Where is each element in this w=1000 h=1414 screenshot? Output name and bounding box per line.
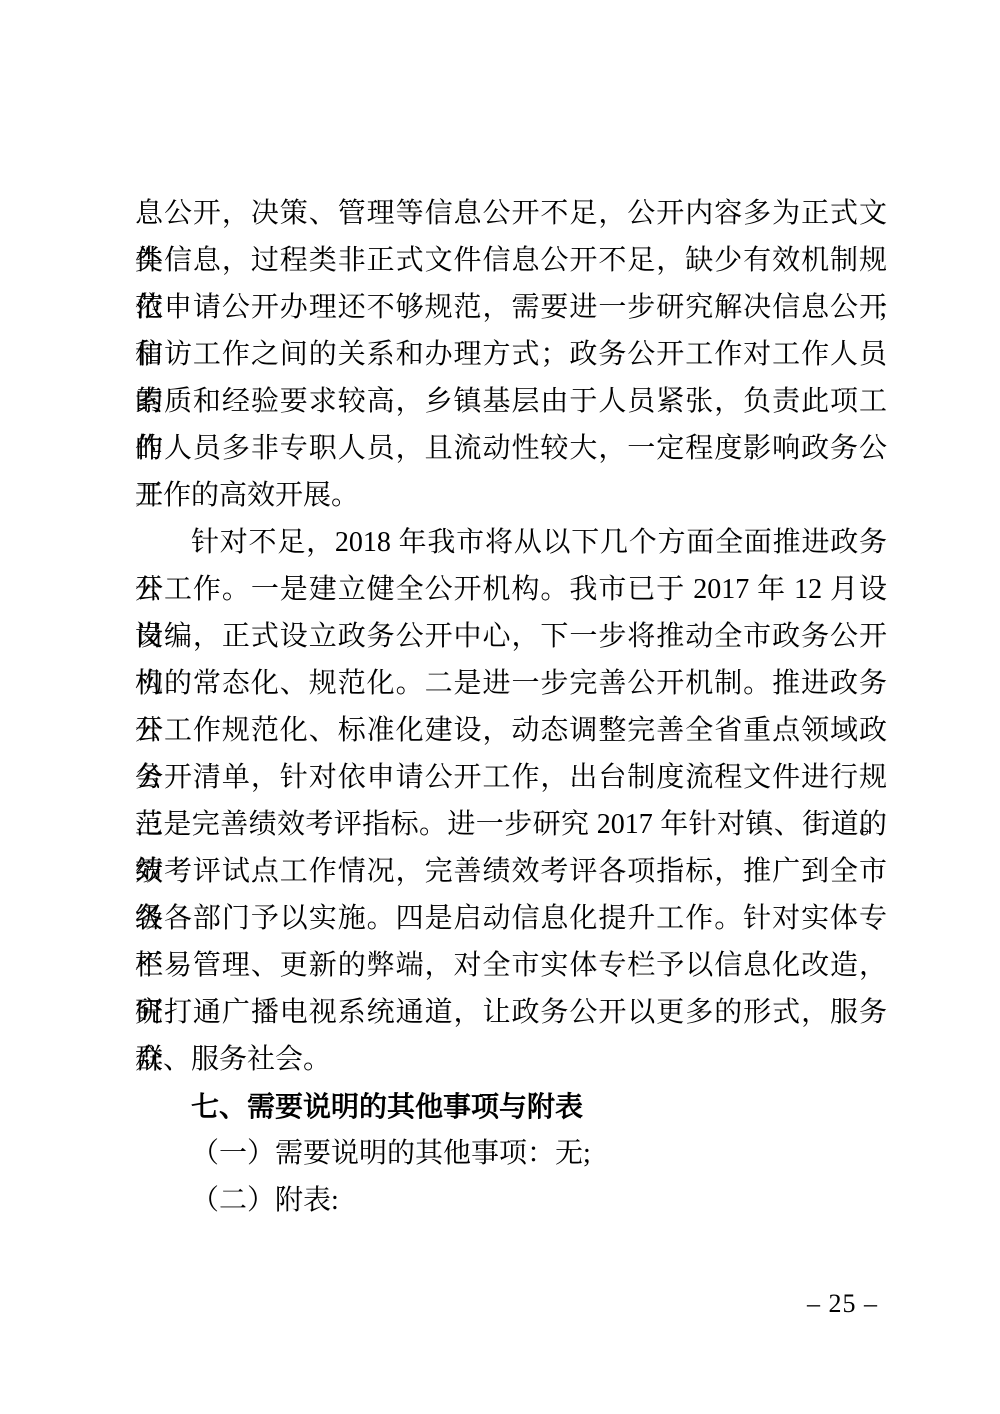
document-line: 究打通广播电视系统通道，让政务公开以更多的形式，服务群 xyxy=(135,989,887,1036)
document-line: 级各部门予以实施。四是启动信息化提升工作。针对实体专栏 xyxy=(135,895,887,942)
document-line: 效考评试点工作情况，完善绩效考评各项指标，推广到全市各 xyxy=(135,848,887,895)
document-line: （二）附表: xyxy=(135,1177,887,1224)
document-line: 构的常态化、规范化。二是进一步完善公开机制。推进政务公 xyxy=(135,660,887,707)
document-line: 息公开，决策、管理等信息公开不足，公开内容多为正式文件 xyxy=(135,190,887,237)
document-line: 七、需要说明的其他事项与附表 xyxy=(135,1083,887,1130)
document-body: 息公开，决策、管理等信息公开不足，公开内容多为正式文件类信息，过程类非正式文件信… xyxy=(135,190,887,1224)
document-page: 息公开，决策、管理等信息公开不足，公开内容多为正式文件类信息，过程类非正式文件信… xyxy=(0,0,1000,1414)
document-line: 依申请公开办理还不够规范，需要进一步研究解决信息公开和 xyxy=(135,284,887,331)
document-line: 工作的高效开展。 xyxy=(135,472,887,519)
document-line: 三是完善绩效考评指标。进一步研究 2017 年针对镇、街道的绩 xyxy=(135,801,887,848)
document-line: 不易管理、更新的弊端，对全市实体专栏予以信息化改造，研 xyxy=(135,942,887,989)
document-line: 开工作。一是建立健全公开机构。我市已于 2017 年 12 月设岗 xyxy=(135,566,887,613)
document-line: 开工作规范化、标准化建设，动态调整完善全省重点领域政务 xyxy=(135,707,887,754)
document-line: 针对不足，2018 年我市将从以下几个方面全面推进政务公 xyxy=(135,519,887,566)
document-line: 信访工作之间的关系和办理方式；政务公开工作对工作人员的 xyxy=(135,331,887,378)
page-number: – 25 – xyxy=(807,1288,878,1320)
document-line: 的人员多非专职人员，且流动性较大，一定程度影响政务公开 xyxy=(135,425,887,472)
document-line: （一）需要说明的其他事项：无; xyxy=(135,1130,887,1177)
document-line: 素质和经验要求较高，乡镇基层由于人员紧张，负责此项工作 xyxy=(135,378,887,425)
document-line: 类信息，过程类非正式文件信息公开不足，缺少有效机制规范; xyxy=(135,237,887,284)
document-line: 公开清单，针对依申请公开工作，出台制度流程文件进行规范。 xyxy=(135,754,887,801)
document-line: 众、服务社会。 xyxy=(135,1036,887,1083)
document-line: 设编，正式设立政务公开中心，下一步将推动全市政务公开机 xyxy=(135,613,887,660)
